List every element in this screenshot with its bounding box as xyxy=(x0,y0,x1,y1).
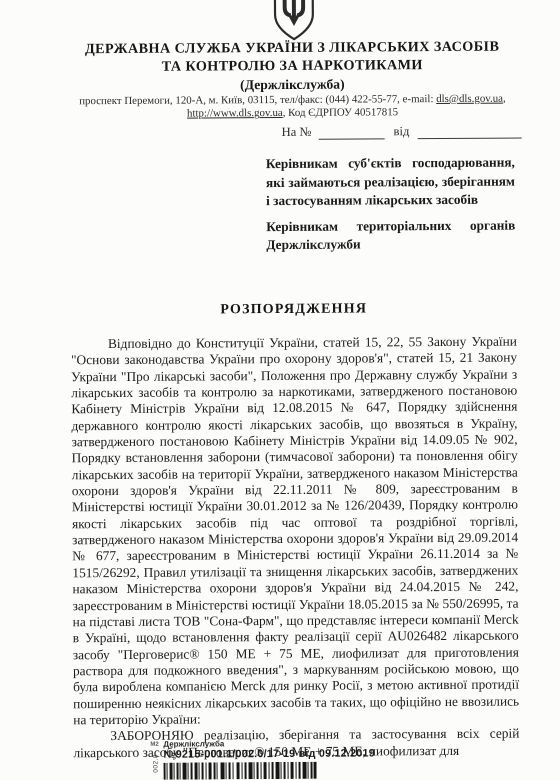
org-name: ДЕРЖАВНА СЛУЖБА УКРАЇНИ З ЛІКАРСЬКИХ ЗАС… xyxy=(69,39,515,77)
addressee-business-entities: Керівникам суб'єктів господарювання, які… xyxy=(266,154,515,211)
registration-barcode-icon xyxy=(164,761,376,779)
stamp-org: Держлікслужба xyxy=(163,739,224,748)
barcode-row: 002.8 xyxy=(151,761,376,780)
ukraine-trident-emblem xyxy=(270,0,318,41)
barcode-side-code: 002.8 xyxy=(152,754,159,773)
org-address: проспект Перемоги, 120-А, м. Київ, 03115… xyxy=(79,93,436,107)
org-edrpou: , Код ЄДРПОУ 40517815 xyxy=(283,107,398,120)
addressee-territorial-bodies: Керівникам територіальних органів Держлі… xyxy=(266,216,515,255)
order-body: Відповідно до Конституції України, стате… xyxy=(71,334,520,762)
addressee-block: Керівникам суб'єктів господарювання, які… xyxy=(266,154,516,262)
reference-vid-label: від xyxy=(393,124,409,138)
reference-na-label: На № xyxy=(282,125,312,139)
order-paragraph-legal-basis: Відповідно до Конституції України, стате… xyxy=(71,334,519,729)
scan-content: ДЕРЖАВНА СЛУЖБА УКРАЇНИ З ЛІКАРСЬКИХ ЗАС… xyxy=(0,0,560,780)
document-page: ДЕРЖАВНА СЛУЖБА УКРАЇНИ З ЛІКАРСЬКИХ ЗАС… xyxy=(0,0,560,780)
org-name-line1: ДЕРЖАВНА СЛУЖБА УКРАЇНИ З ЛІКАРСЬКИХ ЗАС… xyxy=(69,39,515,59)
stamp-org-line: М2Держлікслужба xyxy=(150,738,374,748)
org-contact-info: проспект Перемоги, 120-А, м. Київ, 03115… xyxy=(54,92,530,122)
registration-stamp: М2Держлікслужба №9215-001.1/002.0/17-19 … xyxy=(150,738,375,780)
org-email: dls@dls.gov.ua xyxy=(436,93,503,105)
reference-line: На №від xyxy=(282,124,522,140)
reference-date-blank xyxy=(417,125,521,140)
org-short-name: (Держлікслужба) xyxy=(69,76,515,95)
reference-number-blank xyxy=(318,125,384,139)
stamp-prefix: М2 xyxy=(150,741,158,750)
stamp-registration-number: №9215-001.1/002.0/17-19 від 09.12.2019 xyxy=(150,747,375,760)
org-website: http://www.dls.gov.ua xyxy=(187,107,283,120)
org-name-line2: ТА КОНТРОЛЮ ЗА НАРКОТИКАМИ xyxy=(69,56,515,76)
document-title: РОЗПОРЯДЖЕННЯ xyxy=(71,301,517,320)
